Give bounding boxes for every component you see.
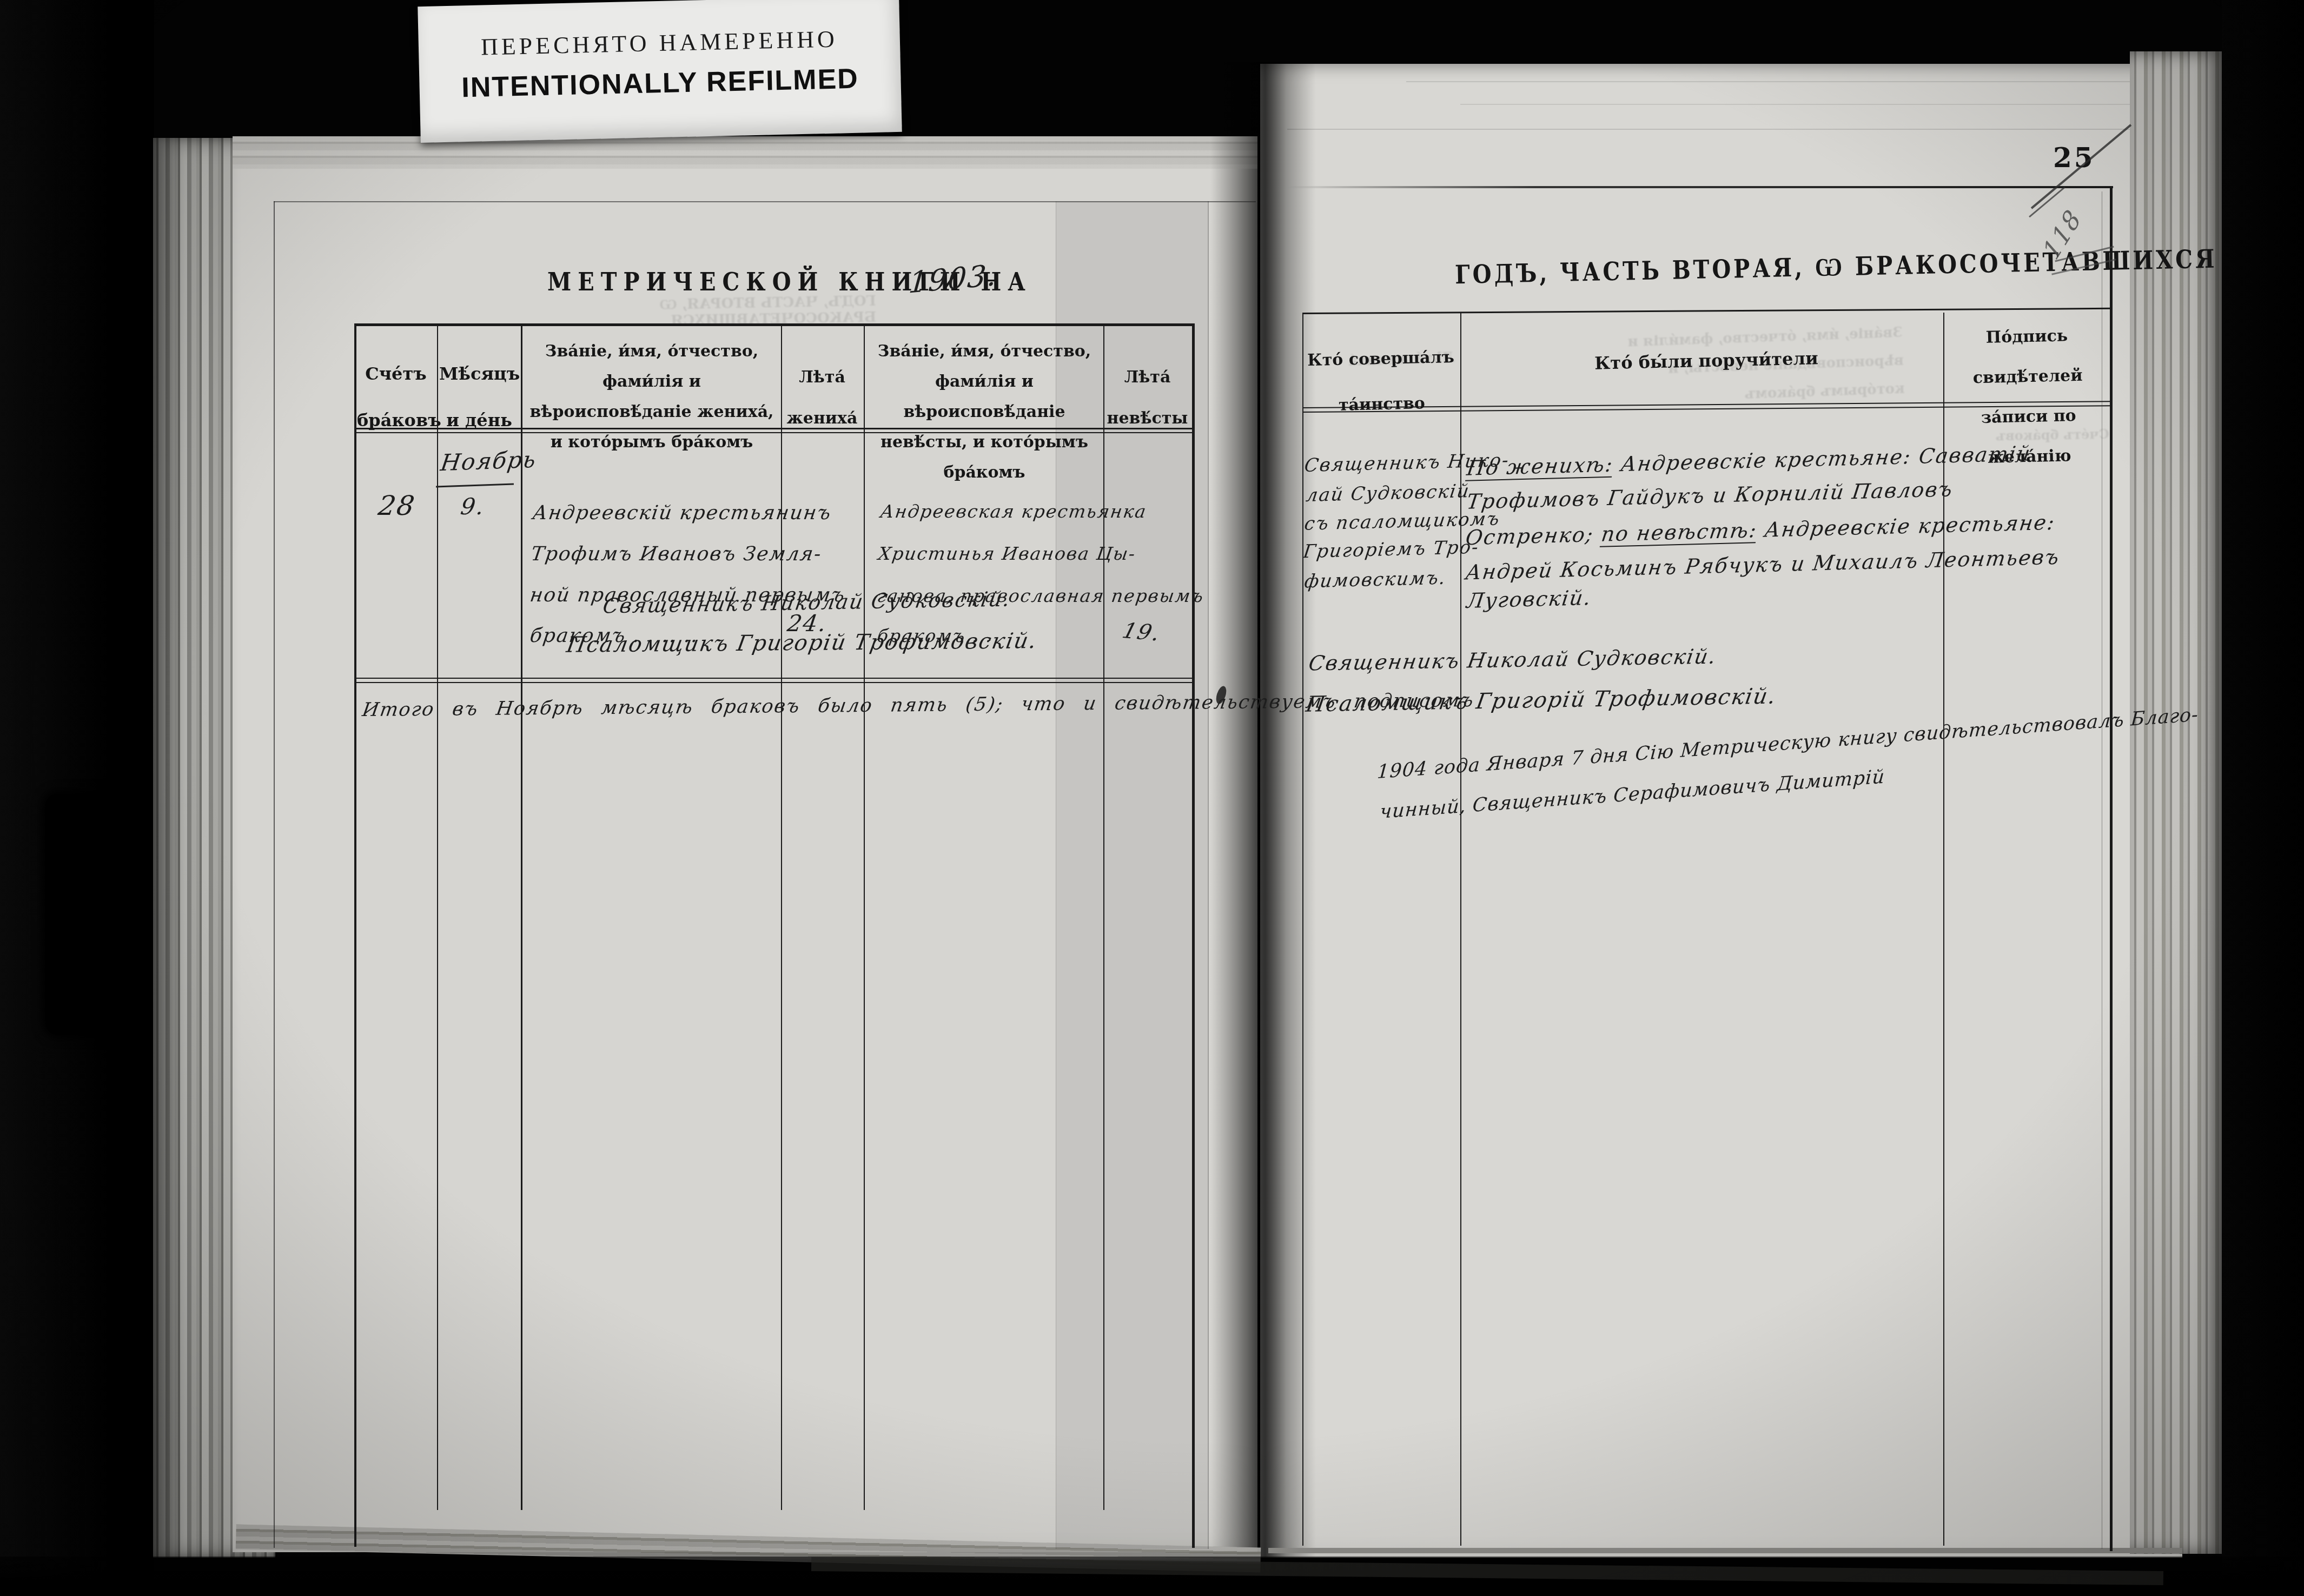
film-right-margin <box>2222 0 2304 1596</box>
refilm-label: ПЕРЕСНЯТО НАМЕРЕННО INTENTIONALLY REFILM… <box>418 0 902 143</box>
col-header-count: Сче́тъ бра́ковъ <box>357 350 435 443</box>
entry-month: Ноябрь <box>439 446 539 476</box>
right-page-edge-stack <box>2130 51 2226 1554</box>
col-header-groom-age: Лѣта́ жениха́ <box>783 357 862 439</box>
bleedthrough-title-ghost: ГОДЪ, ЧАСТЬ ВТОРАЯ, Ѡ БРАКОСОЧЕТАВШИХСЯ <box>487 293 877 333</box>
entry-day: 9. <box>459 493 487 520</box>
left-table-border-right <box>1192 323 1195 1548</box>
left-table-col-rule <box>864 323 865 1510</box>
col-header-celebrant: Кто́ соверша́лъ та́инство <box>1307 335 1456 429</box>
entry-number: 28 <box>376 490 418 521</box>
sponsors-text: Остренко; <box>1464 522 1603 550</box>
bride-description-line: Андреевская крестьянка <box>879 501 1148 522</box>
right-page-bottom-edge <box>1268 1548 2182 1553</box>
microfilm-frame: ГОДЪ, ЧАСТЬ ВТОРАЯ, Ѡ БРАКОСОЧЕТАВШИХСЯ … <box>0 0 2304 1596</box>
right-page-seam <box>1287 129 2180 130</box>
right-table-border-left <box>1302 313 1303 1546</box>
book-gutter <box>1210 62 1316 1559</box>
col-header-bride: Зва́ніе, и́мя, о́тчество, фами́лія и вѣр… <box>871 336 1098 488</box>
right-page-frame-top <box>1287 186 2113 188</box>
right-page-seam <box>1460 104 2180 105</box>
groom-description-line: Трофимъ Ивановъ Земля- <box>529 543 823 565</box>
right-page-seam <box>1406 81 2180 82</box>
refilm-label-english: INTENTIONALLY REFILMED <box>419 62 901 105</box>
clergy-signature-psalmist: Псаломщикъ Григорій Трофимовскій. <box>565 628 1039 658</box>
bride-age-value: 19. <box>1120 618 1163 646</box>
celebrant-line: лай Судковскій <box>1305 480 1471 506</box>
sponsors-bride-label: по невѣстѣ: <box>1600 518 1759 546</box>
col-header-bride-age: Лѣта́ невѣ́сты <box>1105 357 1190 439</box>
sponsors-groom-label: По женихѣ: <box>1465 452 1615 480</box>
col-header-groom: Зва́ніе, и́мя, о́тчество, фами́лія и вѣр… <box>529 336 774 458</box>
printed-page-number: 25 <box>2053 142 2095 174</box>
left-table-col-rule <box>521 323 522 1510</box>
left-table-top-rule <box>354 323 1194 326</box>
left-page-top-seams <box>233 136 1257 169</box>
sponsors-line: Луговскій. <box>1465 586 1593 613</box>
left-table-col-rule <box>437 323 438 1510</box>
left-table-row-rule2 <box>354 682 1194 683</box>
left-table-border-left <box>354 323 356 1547</box>
celebrant-line: фимовскимъ. <box>1303 567 1447 592</box>
col-header-month: Мѣ́сяцъ и де́нь <box>439 350 519 443</box>
refilm-label-russian: ПЕРЕСНЯТО НАМЕРЕННО <box>418 24 900 62</box>
left-page-frame-left <box>274 201 275 1548</box>
book-clamp <box>45 794 131 1035</box>
left-table-row-rule <box>354 678 1194 679</box>
groom-description-line: Андреевскій крестьянинъ <box>531 502 833 524</box>
right-page-frame-right <box>2110 186 2113 1551</box>
bride-description-line: Христинья Иванова Цы- <box>877 543 1137 564</box>
